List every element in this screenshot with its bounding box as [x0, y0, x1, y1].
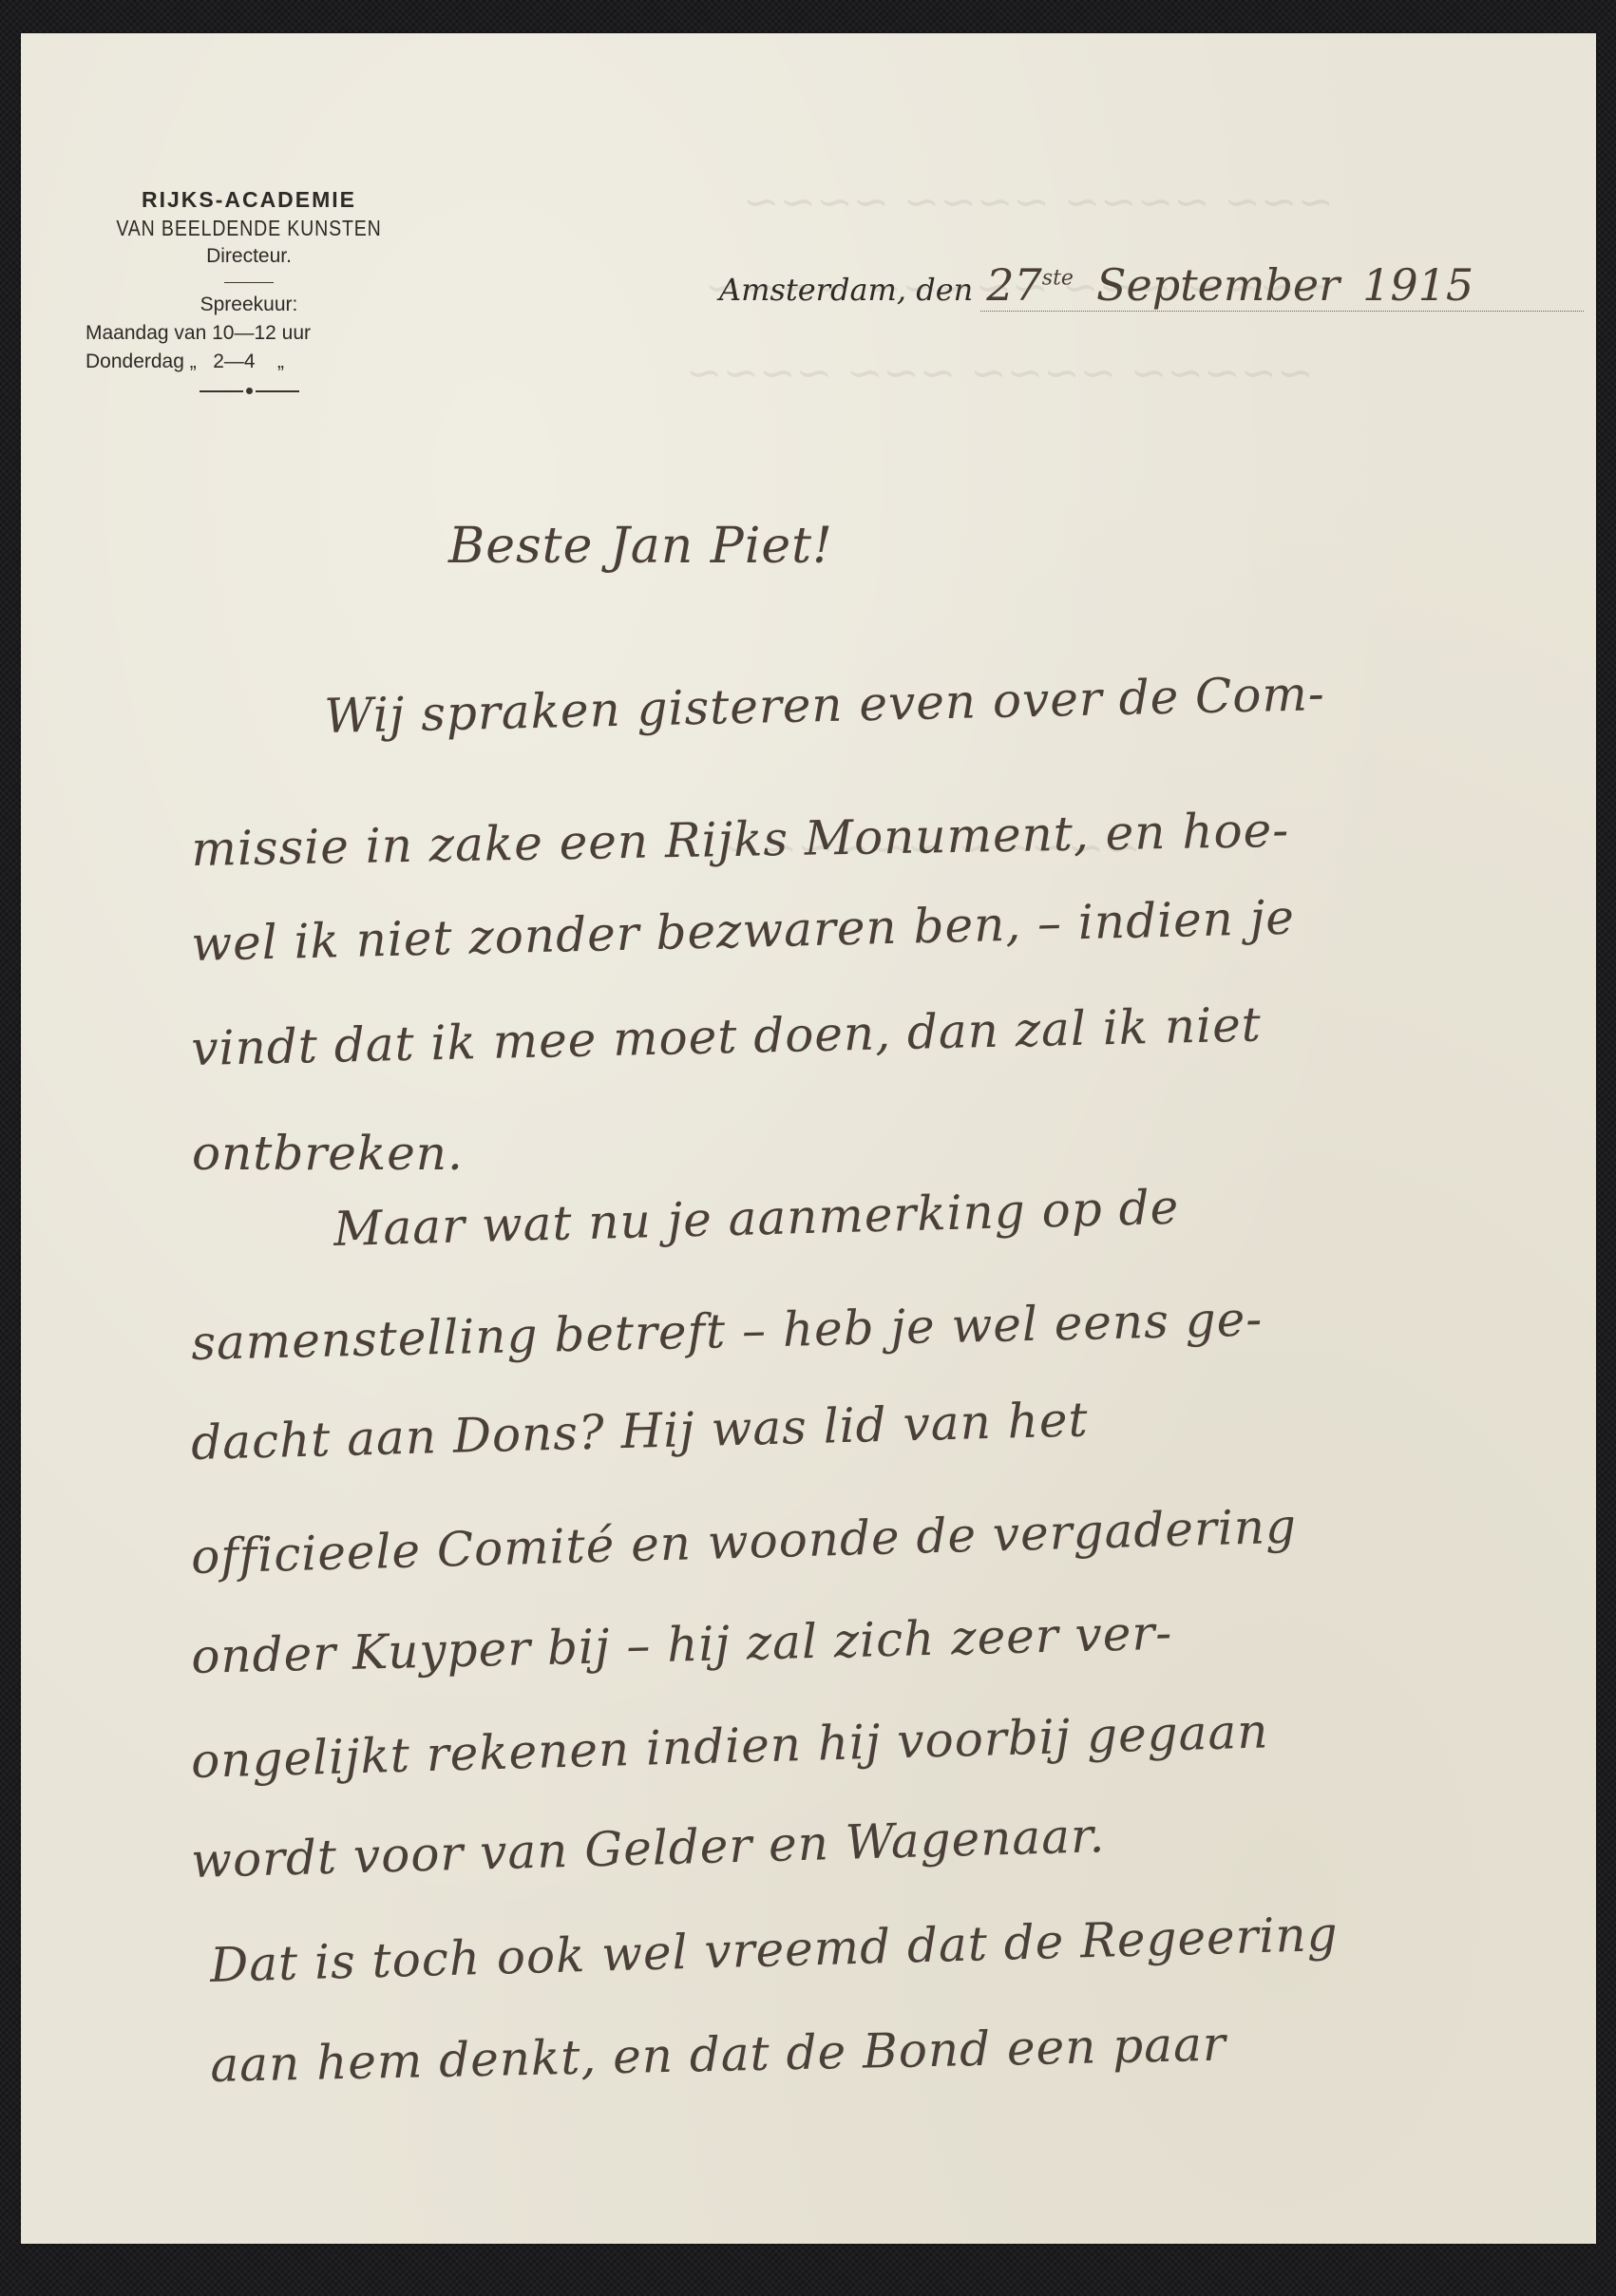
institution-subtitle: VAN BEELDENDE KUNSTEN	[104, 214, 394, 242]
letterhead: RIJKS-ACADEMIE VAN BEELDENDE KUNSTEN Dir…	[78, 185, 420, 394]
letter-line: samenstelling betreft – heb je wel eens …	[191, 1291, 1264, 1371]
office-hours-monday: Maandag van 10—12 uur	[78, 319, 420, 348]
letter-line: ontbreken.	[192, 1126, 464, 1181]
letter-line: aan hem denkt, en dat de Bond een paar	[210, 2017, 1227, 2093]
letter-line: Maar wat nu je aanmerking op de	[333, 1180, 1179, 1257]
salutation: Beste Jan Piet!	[448, 518, 833, 575]
letter-line: wel ik niet zonder bezwaren ben, – indie…	[191, 890, 1296, 972]
role-title: Directeur.	[78, 242, 420, 271]
bleed-through-text: ~~~ ~~~~ ~~~~ ~~~~	[743, 176, 1334, 227]
ornament-divider-icon	[78, 388, 420, 394]
letter-line: Wij spraken gisteren even over de Com-	[324, 666, 1326, 744]
letter-line: wordt voor van Gelder en Wagenaar.	[190, 1808, 1106, 1888]
letter-line: vindt dat ik mee moet doen, dan zal ik n…	[191, 996, 1263, 1076]
letter-line: onder Kuyper bij – hij zal zich zeer ver…	[191, 1605, 1173, 1684]
letter-sheet: RIJKS-ACADEMIE VAN BEELDENDE KUNSTEN Dir…	[21, 33, 1596, 2244]
office-hours-thursday: Donderdag „ 2—4 „	[78, 348, 420, 376]
divider	[224, 282, 274, 283]
date-year: 1915	[1362, 259, 1473, 311]
letter-line: Dat is toch ook wel vreemd dat de Regeer…	[209, 1907, 1339, 1993]
letter-line: officieele Comité en woonde de vergaderi…	[190, 1499, 1297, 1584]
bleed-through-text: ~~~~ ~~~ ~~~~~ ~~~~	[705, 261, 1333, 313]
institution-name: RIJKS-ACADEMIE	[78, 185, 420, 214]
office-hours-title: Spreekuur:	[78, 291, 420, 319]
bleed-through-text: ~~~~~ ~~~~ ~~~ ~~~~	[686, 347, 1314, 398]
letter-line: dacht aan Dons? Hij was lid van het	[190, 1392, 1089, 1471]
letter-line: ongelijkt rekenen indien hij voorbij geg…	[190, 1703, 1269, 1789]
